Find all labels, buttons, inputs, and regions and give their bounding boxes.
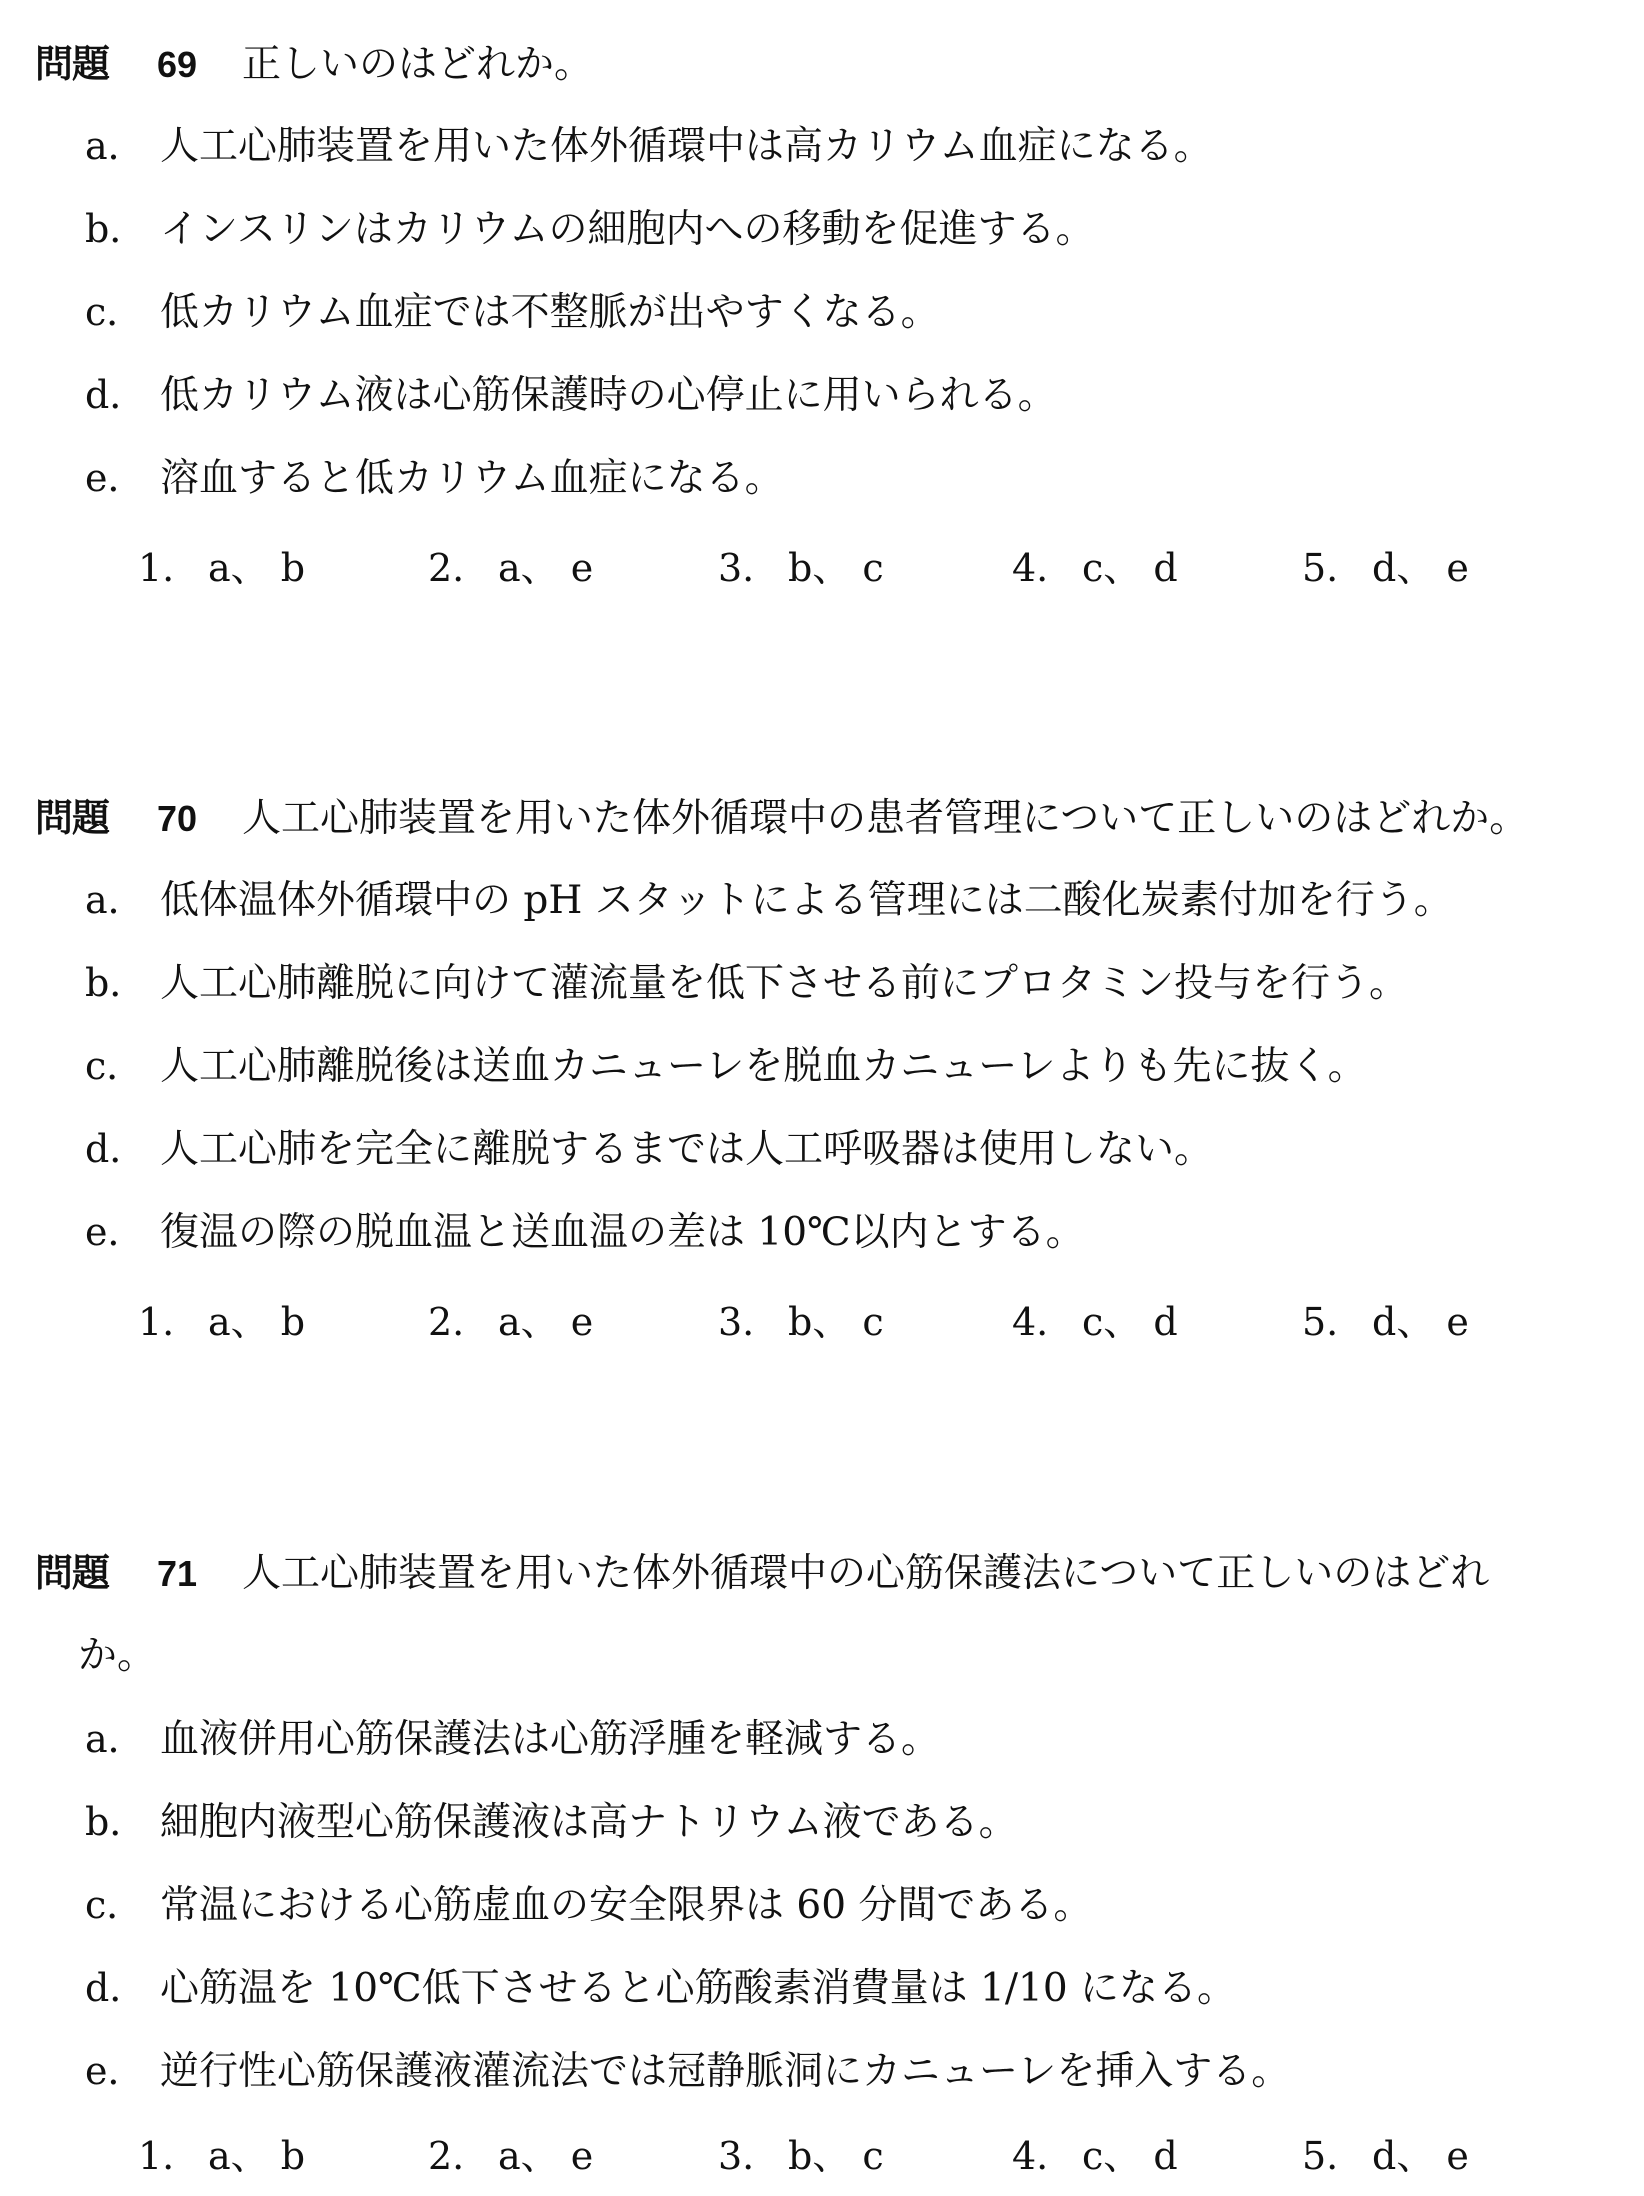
answer-choice-3: 3.b、 c — [718, 1294, 884, 1350]
answer-number: 3. — [718, 1294, 788, 1350]
answer-choice-3: 3.b、 c — [718, 540, 884, 596]
option-letter: c． — [85, 1038, 160, 1094]
answer-number: 5. — [1302, 540, 1372, 596]
option-letter: b． — [85, 201, 160, 257]
option-c: c．常温における心筋虚血の安全限界は 60 分間である。 — [85, 1877, 1092, 1933]
option-letter: b． — [85, 955, 160, 1011]
answer-choices: 1.a、 b 2.a、 e 3.b、 c 4.c、 d 5.d、 e — [0, 540, 1644, 596]
answer-number: 5. — [1302, 1294, 1372, 1350]
answer-number: 4. — [1012, 540, 1082, 596]
option-text: 人工心肺離脱後は送血カニューレを脱血カニューレよりも先に抜く。 — [160, 1044, 1367, 1089]
option-letter: d． — [85, 1960, 160, 2016]
question-stem: 人工心肺装置を用いた体外循環中の心筋保護法について正しいのはどれ — [242, 1551, 1489, 1596]
option-text: インスリンはカリウムの細胞内への移動を促進する。 — [160, 207, 1094, 252]
option-letter: e． — [85, 2043, 160, 2099]
option-letter: e． — [85, 450, 160, 506]
answer-pair: d、 e — [1372, 540, 1469, 596]
option-text: 心筋温を 10℃低下させると心筋酸素消費量は 1/10 になる。 — [160, 1966, 1236, 2011]
option-letter: d． — [85, 367, 160, 423]
answer-choice-5: 5.d、 e — [1302, 1294, 1469, 1350]
answer-pair: d、 e — [1372, 2128, 1469, 2184]
option-text: 人工心肺離脱に向けて灌流量を低下させる前にプロタミン投与を行う。 — [160, 961, 1408, 1006]
question-stem: 正しいのはどれか。 — [242, 42, 593, 87]
answer-choices: 1.a、 b 2.a、 e 3.b、 c 4.c、 d 5.d、 e — [0, 1294, 1644, 1350]
option-letter: b． — [85, 1794, 160, 1850]
answer-number: 2. — [428, 1294, 498, 1350]
option-text: 溶血すると低カリウム血症になる。 — [160, 456, 784, 501]
option-letter: e． — [85, 1204, 160, 1260]
answer-pair: a、 e — [498, 2128, 593, 2184]
option-letter: a． — [85, 872, 160, 928]
answer-pair: a、 e — [498, 540, 593, 596]
answer-number: 1. — [138, 2128, 208, 2184]
option-e: e．逆行性心筋保護液灌流法では冠静脈洞にカニューレを挿入する。 — [85, 2043, 1290, 2099]
answer-number: 2. — [428, 540, 498, 596]
option-c: c．低カリウム血症では不整脈が出やすくなる。 — [85, 284, 940, 340]
question-number: 69 — [157, 37, 242, 93]
answer-choices: 1.a、 b 2.a、 e 3.b、 c 4.c、 d 5.d、 e — [0, 2128, 1644, 2184]
option-c: c．人工心肺離脱後は送血カニューレを脱血カニューレよりも先に抜く。 — [85, 1038, 1367, 1094]
answer-choice-1: 1.a、 b — [138, 2128, 305, 2184]
answer-pair: c、 d — [1082, 1294, 1178, 1350]
option-text: 復温の際の脱血温と送血温の差は 10℃以内とする。 — [160, 1210, 1085, 1255]
question-number: 70 — [157, 791, 242, 847]
answer-choice-5: 5.d、 e — [1302, 2128, 1469, 2184]
answer-choice-2: 2.a、 e — [428, 2128, 593, 2184]
option-text: 低カリウム液は心筋保護時の心停止に用いられる。 — [160, 373, 1057, 418]
option-letter: a． — [85, 1711, 160, 1767]
option-text: 低体温体外循環中の pH スタットによる管理には二酸化炭素付加を行う。 — [160, 878, 1453, 923]
option-d: d．低カリウム液は心筋保護時の心停止に用いられる。 — [85, 367, 1057, 423]
option-text: 逆行性心筋保護液灌流法では冠静脈洞にカニューレを挿入する。 — [160, 2049, 1290, 2094]
option-text: 血液併用心筋保護法は心筋浮腫を軽減する。 — [160, 1717, 940, 1762]
question-label: 問題 — [35, 1545, 157, 1601]
answer-choice-1: 1.a、 b — [138, 540, 305, 596]
answer-number: 5. — [1302, 2128, 1372, 2184]
option-text: 人工心肺装置を用いた体外循環中は高カリウム血症になる。 — [160, 124, 1213, 169]
option-a: a．血液併用心筋保護法は心筋浮腫を軽減する。 — [85, 1711, 940, 1767]
answer-number: 1. — [138, 1294, 208, 1350]
option-text: 人工心肺を完全に離脱するまでは人工呼吸器は使用しない。 — [160, 1127, 1213, 1172]
answer-number: 4. — [1012, 1294, 1082, 1350]
answer-pair: a、 b — [208, 540, 305, 596]
question-label: 問題 — [35, 36, 157, 92]
option-text: 細胞内液型心筋保護液は高ナトリウム液である。 — [160, 1800, 1018, 1845]
answer-pair: b、 c — [788, 1294, 884, 1350]
option-e: e．復温の際の脱血温と送血温の差は 10℃以内とする。 — [85, 1204, 1085, 1260]
answer-number: 2. — [428, 2128, 498, 2184]
answer-pair: a、 b — [208, 1294, 305, 1350]
answer-pair: d、 e — [1372, 1294, 1469, 1350]
answer-pair: c、 d — [1082, 540, 1178, 596]
option-text: 常温における心筋虚血の安全限界は 60 分間である。 — [160, 1883, 1092, 1928]
answer-pair: c、 d — [1082, 2128, 1178, 2184]
answer-pair: a、 e — [498, 1294, 593, 1350]
option-b: b．インスリンはカリウムの細胞内への移動を促進する。 — [85, 201, 1094, 257]
answer-choice-2: 2.a、 e — [428, 1294, 593, 1350]
answer-pair: b、 c — [788, 2128, 884, 2184]
option-a: a．低体温体外循環中の pH スタットによる管理には二酸化炭素付加を行う。 — [85, 872, 1453, 928]
answer-choice-5: 5.d、 e — [1302, 540, 1469, 596]
answer-pair: a、 b — [208, 2128, 305, 2184]
option-letter: a． — [85, 118, 160, 174]
answer-choice-2: 2.a、 e — [428, 540, 593, 596]
option-letter: d． — [85, 1121, 160, 1177]
answer-number: 3. — [718, 540, 788, 596]
question-stem: 人工心肺装置を用いた体外循環中の患者管理について正しいのはどれか。 — [242, 796, 1528, 841]
answer-choice-3: 3.b、 c — [718, 2128, 884, 2184]
answer-number: 3. — [718, 2128, 788, 2184]
answer-choice-4: 4.c、 d — [1012, 1294, 1178, 1350]
option-letter: c． — [85, 1877, 160, 1933]
question-header: 問題70人工心肺装置を用いた体外循環中の患者管理について正しいのはどれか。 — [35, 790, 1528, 846]
option-letter: c． — [85, 284, 160, 340]
answer-choice-4: 4.c、 d — [1012, 540, 1178, 596]
question-header: 問題71人工心肺装置を用いた体外循環中の心筋保護法について正しいのはどれ — [35, 1545, 1489, 1601]
option-text: 低カリウム血症では不整脈が出やすくなる。 — [160, 290, 940, 335]
option-e: e．溶血すると低カリウム血症になる。 — [85, 450, 784, 506]
question-number: 71 — [157, 1546, 242, 1602]
answer-choice-1: 1.a、 b — [138, 1294, 305, 1350]
option-a: a．人工心肺装置を用いた体外循環中は高カリウム血症になる。 — [85, 118, 1213, 174]
answer-choice-4: 4.c、 d — [1012, 2128, 1178, 2184]
question-label: 問題 — [35, 790, 157, 846]
option-d: d．心筋温を 10℃低下させると心筋酸素消費量は 1/10 になる。 — [85, 1960, 1236, 2016]
answer-number: 1. — [138, 540, 208, 596]
question-stem-continuation: か。 — [78, 1628, 156, 1684]
option-b: b．人工心肺離脱に向けて灌流量を低下させる前にプロタミン投与を行う。 — [85, 955, 1408, 1011]
option-d: d．人工心肺を完全に離脱するまでは人工呼吸器は使用しない。 — [85, 1121, 1213, 1177]
answer-pair: b、 c — [788, 540, 884, 596]
option-b: b．細胞内液型心筋保護液は高ナトリウム液である。 — [85, 1794, 1018, 1850]
answer-number: 4. — [1012, 2128, 1082, 2184]
question-header: 問題69正しいのはどれか。 — [35, 36, 593, 92]
